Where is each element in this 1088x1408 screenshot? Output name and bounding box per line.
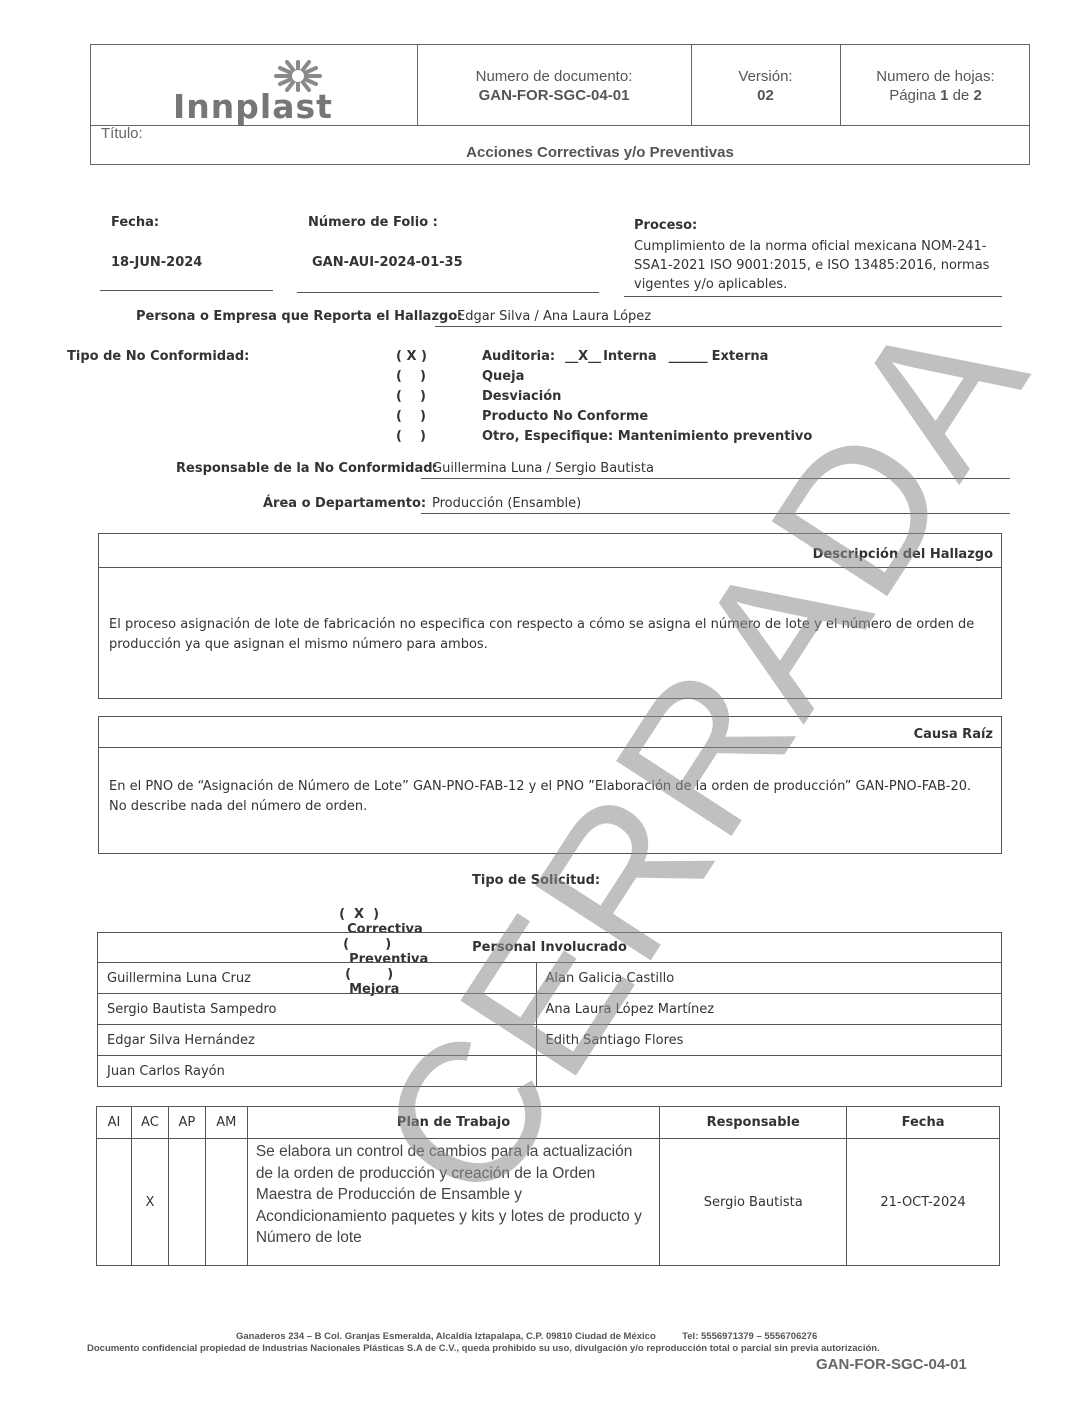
no-conformidad-option: ( X )Auditoria:__X__Interna______Externa <box>396 349 768 364</box>
area-label: Área o Departamento: <box>263 496 426 511</box>
solicitud-correctiva-mark[interactable]: ( X ) <box>339 907 379 922</box>
personal-row: Juan Carlos Rayón <box>98 1056 1002 1087</box>
auditoria-interna-mark[interactable]: __X__ <box>565 349 601 364</box>
plan-column-header: AI <box>97 1107 132 1139</box>
causa-title: Causa Raíz <box>914 727 993 742</box>
plan-ap-cell <box>168 1139 205 1266</box>
reporta-value: Edgar Silva / Ana Laura López <box>435 309 1002 327</box>
footer-document-code: GAN-FOR-SGC-04-01 <box>816 1356 967 1373</box>
area-value: Producción (Ensamble) <box>421 496 1010 514</box>
folio-underline <box>297 292 599 293</box>
causa-box: Causa Raíz En el PNO de “Asignación de N… <box>98 716 1002 854</box>
plan-row: XSe elabora un control de cambios para l… <box>97 1139 1000 1266</box>
plan-am-cell <box>205 1139 247 1266</box>
option-checkbox[interactable]: ( ) <box>396 429 482 444</box>
plan-table: AIACAPAMPlan de TrabajoResponsableFecha … <box>96 1106 1000 1266</box>
option-label: Producto No Conforme <box>482 409 648 424</box>
reporta-label: Persona o Empresa que Reporta el Hallazg… <box>136 309 462 324</box>
document-title: Acciones Correctivas y/o Preventivas <box>91 144 1029 161</box>
personal-name-cell: Sergio Bautista Sampedro <box>98 994 537 1025</box>
fecha-label: Fecha: <box>111 215 159 230</box>
personal-name-cell: Guillermina Luna Cruz <box>98 963 537 994</box>
option-checkbox[interactable]: ( ) <box>396 369 482 384</box>
proceso-value: Cumplimiento de la norma oficial mexican… <box>634 237 999 294</box>
personal-name-cell: Edith Santiago Flores <box>536 1025 1001 1056</box>
personal-name-cell: Alan Galicia Castillo <box>536 963 1001 994</box>
title-label: Título: <box>101 125 143 142</box>
plan-column-header: Fecha <box>847 1107 1000 1139</box>
plan-fecha-cell: 21-OCT-2024 <box>847 1139 1000 1266</box>
plan-column-header: AM <box>205 1107 247 1139</box>
no-conformidad-option: ( )Queja <box>396 369 524 384</box>
no-conformidad-label: Tipo de No Conformidad: <box>67 349 249 364</box>
option-checkbox[interactable]: ( X ) <box>396 349 482 364</box>
personal-title: Personal Involucrado <box>98 933 1002 963</box>
hallazgo-box: Descripción del Hallazgo El proceso asig… <box>98 533 1002 699</box>
option-checkbox[interactable]: ( ) <box>396 389 482 404</box>
personal-name-cell: Ana Laura López Martínez <box>536 994 1001 1025</box>
no-conformidad-option: ( )Desviación <box>396 389 561 404</box>
auditoria-interna-label: Interna <box>603 349 657 364</box>
auditoria-externa-label: Externa <box>712 349 769 364</box>
option-label: Desviación <box>482 389 561 404</box>
plan-ai-cell <box>97 1139 132 1266</box>
plan-column-header: Plan de Trabajo <box>247 1107 660 1139</box>
plan-column-header: AC <box>131 1107 168 1139</box>
plan-column-header: Responsable <box>660 1107 847 1139</box>
folio-label: Número de Folio : <box>308 215 438 230</box>
proceso-label: Proceso: <box>634 218 697 233</box>
plan-column-header: AP <box>168 1107 205 1139</box>
option-label: Auditoria: <box>482 349 555 364</box>
personal-row: Sergio Bautista SampedroAna Laura López … <box>98 994 1002 1025</box>
plan-responsable-cell: Sergio Bautista <box>660 1139 847 1266</box>
personal-row: Edgar Silva HernándezEdith Santiago Flor… <box>98 1025 1002 1056</box>
fecha-value: 18-JUN-2024 <box>111 255 202 270</box>
responsable-nc-value: Guillermina Luna / Sergio Bautista <box>421 461 1010 479</box>
document-number: Numero de documento: GAN-FOR-SGC-04-01 <box>417 67 691 105</box>
company-logo-text: Innplast <box>173 87 333 126</box>
personal-name-cell: Juan Carlos Rayón <box>98 1056 537 1087</box>
document-header: Innplast Numero de documento: GAN-FOR-SG… <box>90 44 1030 165</box>
option-label: Otro, Especifique: Mantenimiento prevent… <box>482 429 812 444</box>
solicitud-label: Tipo de Solicitud: <box>472 873 600 888</box>
document-version: Versión: 02 <box>691 67 840 105</box>
responsable-nc-label: Responsable de la No Conformidad: <box>176 461 438 476</box>
personal-name-cell <box>536 1056 1001 1087</box>
no-conformidad-option: ( )Otro, Especifique: Mantenimiento prev… <box>396 429 812 444</box>
option-checkbox[interactable]: ( ) <box>396 409 482 424</box>
personal-table: Personal Involucrado Guillermina Luna Cr… <box>97 932 1002 1087</box>
causa-text: En el PNO de “Asignación de Número de Lo… <box>109 777 991 817</box>
hallazgo-title: Descripción del Hallazgo <box>813 547 993 562</box>
personal-name-cell: Edgar Silva Hernández <box>98 1025 537 1056</box>
folio-value: GAN-AUI-2024-01-35 <box>312 255 463 270</box>
auditoria-externa-mark[interactable]: ______ <box>669 349 708 364</box>
footer-address-line: Ganaderos 234 – B Col. Granjas Esmeralda… <box>236 1331 817 1342</box>
hallazgo-text: El proceso asignación de lote de fabrica… <box>109 615 991 655</box>
fecha-underline <box>100 290 273 291</box>
proceso-underline <box>624 296 1002 297</box>
option-label: Queja <box>482 369 524 384</box>
plan-description-cell: Se elabora un control de cambios para la… <box>247 1139 660 1266</box>
footer-confidential: Documento confidencial propiedad de Indu… <box>87 1343 880 1354</box>
plan-ac-cell: X <box>131 1139 168 1266</box>
page-count: Numero de hojas: Página 1 de 2 <box>840 67 1031 105</box>
personal-row: Guillermina Luna CruzAlan Galicia Castil… <box>98 963 1002 994</box>
no-conformidad-option: ( )Producto No Conforme <box>396 409 648 424</box>
